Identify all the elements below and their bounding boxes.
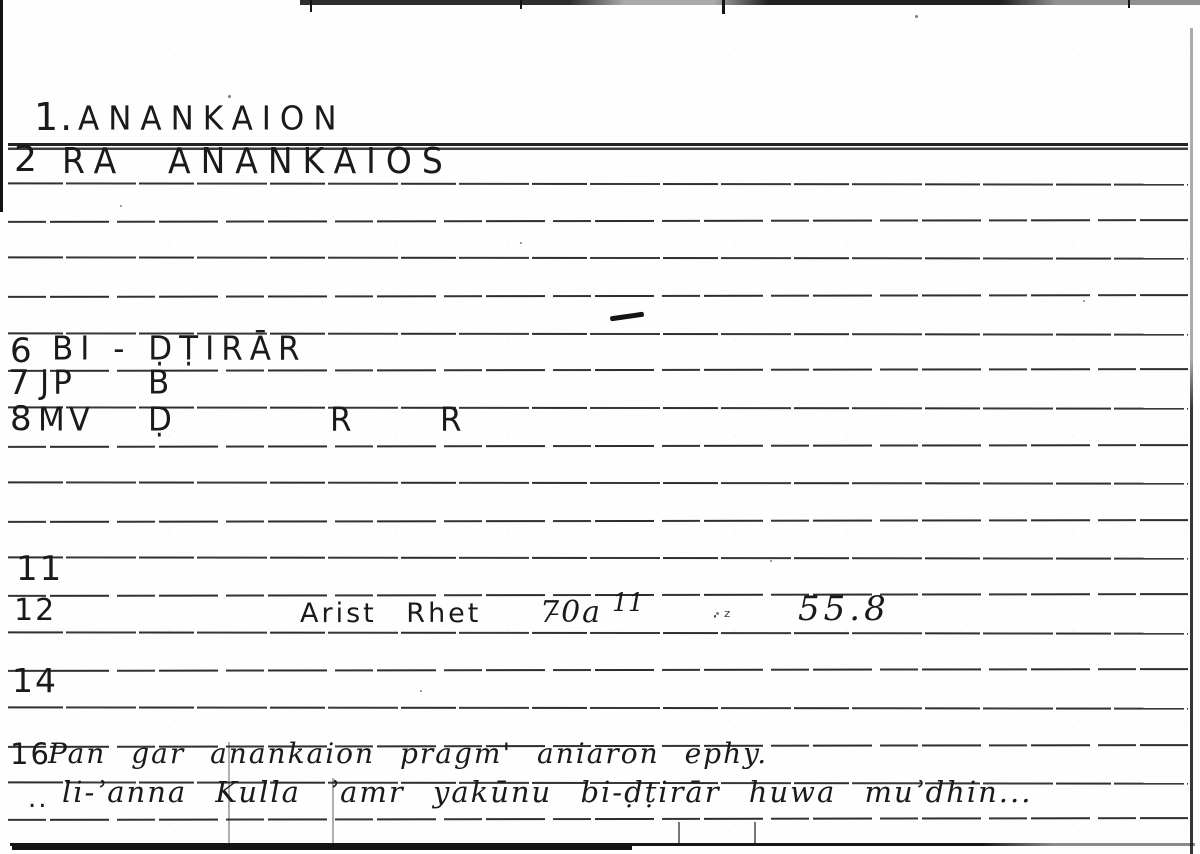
- manuscript-siglum: B: [148, 367, 178, 400]
- manuscript-siglum: JP: [40, 367, 76, 400]
- scan-edge-top: [300, 0, 1200, 5]
- reference-number: 55.8: [798, 592, 890, 626]
- scan-tick: [520, 0, 522, 9]
- manuscript-siglum: R: [330, 404, 361, 437]
- scan-edge-bottom-thick: [12, 843, 632, 850]
- line-number: ..: [28, 786, 49, 812]
- speck: [120, 205, 122, 207]
- entry-line-arabic: .. li-ʾanna Kulla ʾamr yakūnu bi-ḍṭirār …: [0, 772, 1200, 818]
- ruled-line: [8, 481, 1188, 484]
- speck: [1083, 300, 1085, 302]
- ruled-line: [8, 256, 1188, 259]
- variant-headword: ANANKAIOS: [168, 143, 453, 179]
- marginal-mark: ·ᶻ: [712, 608, 737, 627]
- scan-tick: [1128, 0, 1130, 8]
- paper-crease: [754, 822, 756, 844]
- entry-line-14: 14: [0, 664, 1200, 710]
- headword: ANANKAION: [78, 103, 346, 136]
- line-number: 14: [12, 664, 58, 697]
- bekker-line: 11: [612, 590, 644, 615]
- citation-work: Arist Rhet: [300, 600, 481, 627]
- line-number: 8: [10, 402, 34, 436]
- speck: [520, 242, 522, 244]
- manuscript-siglum: R: [440, 404, 471, 437]
- scan-edge-left: [0, 0, 3, 212]
- bekker-page: 7̵0a: [540, 598, 602, 628]
- scan-tick: [722, 0, 725, 14]
- line-number: 16: [10, 740, 51, 769]
- entry-line-1: 1. ANANKAION: [0, 98, 1200, 144]
- ruled-line: [8, 519, 1188, 523]
- manuscript-siglum: MV: [38, 404, 94, 437]
- entry-line-8: 8 MV Ḍ R R: [0, 402, 1200, 448]
- arabic-quotation-transliterated: li-ʾanna Kulla ʾamr yakūnu bi-ḍṭirār huw…: [62, 778, 1032, 807]
- entry-line-12: 12 Arist Rhet 7̵0a 11 ·ᶻ 55.8: [0, 592, 1200, 638]
- ink-smudge: [610, 312, 644, 322]
- scan-tick: [310, 0, 312, 12]
- manuscript-siglum: Ḍ: [148, 404, 181, 437]
- line-number: 11: [16, 552, 63, 586]
- greek-quotation-transliterated: Pan gar anankaion pragm' aniaron ephy.: [48, 740, 768, 768]
- speck: [915, 15, 918, 18]
- arabic-transliteration: BI - ḌṬIRĀR: [52, 333, 307, 366]
- ruled-line: [8, 294, 1188, 298]
- abbreviation: RA: [62, 143, 126, 179]
- line-number: 7: [8, 366, 32, 400]
- line-number: 1.: [34, 98, 74, 136]
- line-number: 12: [14, 596, 56, 626]
- scanned-index-card: 1. ANANKAION 2 RA ANANKAIOS 6 BI - ḌṬIRĀ…: [0, 0, 1200, 854]
- ruled-line: [8, 219, 1188, 223]
- paper-crease: [678, 822, 680, 844]
- entry-line-2: 2 RA ANANKAIOS: [0, 142, 1200, 188]
- scan-edge-right: [1190, 28, 1193, 854]
- line-number: 2: [14, 142, 39, 178]
